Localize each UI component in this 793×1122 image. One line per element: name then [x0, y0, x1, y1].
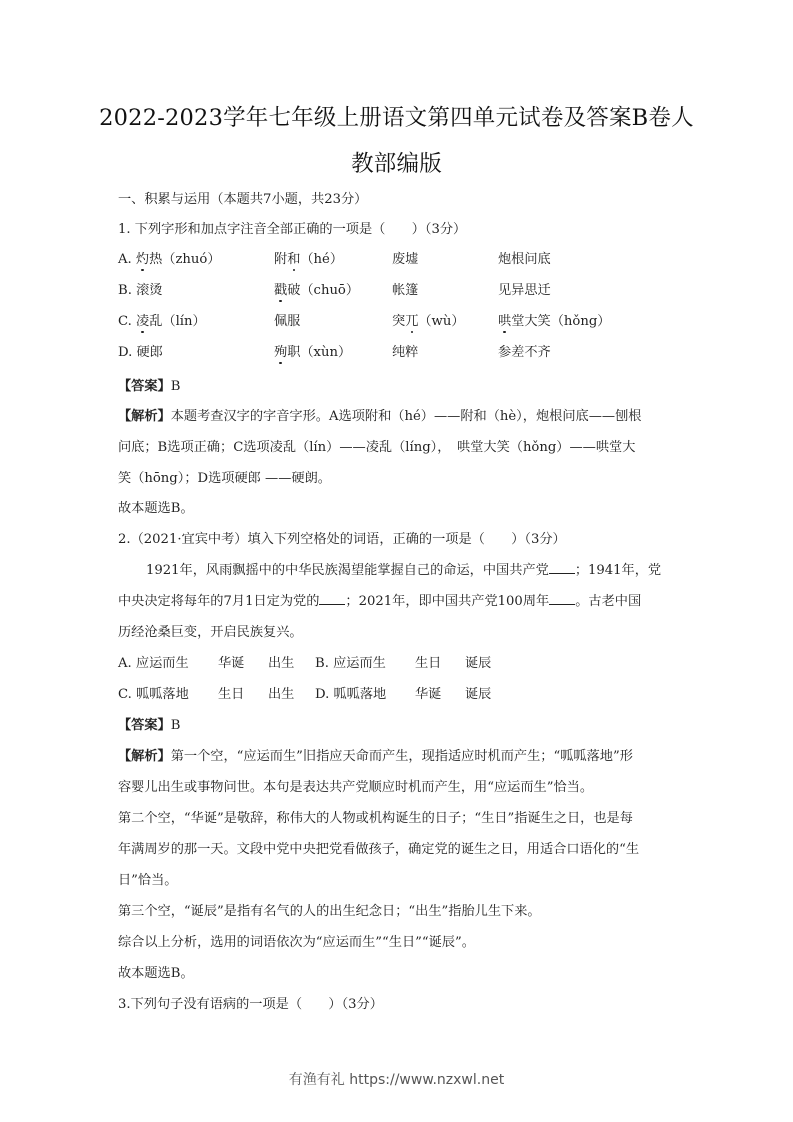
q2-analysis-line1: 【解析】第一个空，“应运而生”旧指应天命而产生，现指适应时机而产生；“呱呱落地”… [118, 745, 633, 764]
q2-answer: 【答案】B [118, 714, 180, 733]
option-label: C. [118, 314, 132, 329]
dotted-char: 殉 [274, 341, 287, 360]
footer-watermark: 有渔有礼 https://www.nzxwl.net [0, 1069, 793, 1089]
dotted-char: 灼 [136, 248, 149, 267]
option-text: 炮根问底 [498, 248, 551, 267]
option-text: 诞辰 [465, 683, 491, 702]
q2-analysis-line3: 第二个空，“华诞”是敬辞，称伟大的人物或机构诞生的日子；“生日”指诞生之日，也是… [118, 807, 633, 826]
option-text: 华诞 [218, 652, 244, 671]
option-label: A. [118, 656, 132, 671]
dotted-char: 哄 [498, 310, 511, 329]
passage-text: 中央决定将每年的7月1日定为党的 [118, 594, 319, 609]
q2-passage-line2: 中央决定将每年的7月1日定为党的；2021年，即中国共产党100周年。古老中国 [118, 590, 641, 609]
q1-stem: 1. 下列字形和加点字注音全部正确的一项是（ ）（3分） [118, 218, 466, 237]
blank [549, 561, 575, 574]
q3-stem: 3.下列句子没有语病的一项是（ ）（3分） [118, 993, 383, 1012]
analysis-text: 本题考查汉字的字音字形。A选项附和（hé）——附和（hè），炮根问底——刨根 [171, 409, 642, 424]
option-text: 附 [274, 252, 287, 267]
option-text: 出生 [268, 652, 294, 671]
analysis-label: 【解析】 [118, 749, 171, 764]
document-title-line1: 2022-2023学年七年级上册语文第四单元试卷及答案B卷人 [0, 100, 793, 132]
q2-stem: 2.（2021·宜宾中考）填入下列空格处的词语，正确的一项是（ ）（3分） [118, 528, 566, 547]
option-text: 帐篷 [392, 279, 418, 298]
section-heading: 一、积累与运用（本题共7小题，共23分） [118, 188, 367, 207]
option-label: D. [315, 687, 329, 702]
option-label: D. [118, 345, 132, 360]
q2-conclusion: 故本题选B。 [118, 962, 194, 981]
dotted-char: 和 [287, 248, 300, 267]
option-text: 职（xùn） [287, 345, 351, 360]
option-text: 生日 [218, 683, 244, 702]
option-text: 废墟 [392, 248, 418, 267]
option-text: 应运而生 [333, 656, 386, 671]
option-text: 华诞 [415, 683, 441, 702]
option-text: 出生 [268, 683, 294, 702]
q2-analysis-line5: 日”恰当。 [118, 869, 178, 888]
option-text: 生日 [415, 652, 441, 671]
q1-conclusion: 故本题选B。 [118, 497, 194, 516]
answer-label: 【答案】 [118, 379, 171, 394]
q2-analysis-line2: 容婴儿出生或事物问世。本句是表达共产党顺应时机而产生，用“应运而生”恰当。 [118, 776, 593, 795]
option-text: 参差不齐 [498, 341, 551, 360]
q1-answer: 【答案】B [118, 375, 180, 394]
option-text: 呱呱落地 [334, 687, 387, 702]
option-text: （hé） [300, 252, 343, 267]
option-text: 乱（lín） [149, 314, 206, 329]
answer-label: 【答案】 [118, 718, 171, 733]
dotted-char: 戳 [274, 279, 287, 298]
option-text: 纯粹 [392, 341, 418, 360]
blank [549, 592, 575, 605]
document-title-line2: 教部编版 [0, 146, 793, 178]
option-text: 见异思迁 [498, 279, 551, 298]
q2-analysis-line4: 年满周岁的那一天。文段中党中央把党看做孩子，确定党的诞生之日，用适合口语化的“生 [118, 838, 639, 857]
dotted-char: 凌 [136, 310, 149, 329]
analysis-text: 第一个空，“应运而生”旧指应天命而产生，现指适应时机而产生；“呱呱落地”形 [171, 749, 633, 764]
option-label: C. [118, 687, 132, 702]
option-text: 破（chuō） [287, 283, 359, 298]
q2-passage-line1: 1921年，风雨飘摇中的中华民族渴望能掌握自己的命运，中国共产党；1941年，党 [146, 559, 661, 578]
q1-analysis-line3: 笑（hōng）；D选项硬郎 ——硬朗。 [118, 467, 331, 486]
answer-value: B [171, 379, 181, 394]
option-text: 硬郎 [137, 345, 163, 360]
analysis-label: 【解析】 [118, 409, 171, 424]
q2-passage-line3: 历经沧桑巨变，开启民族复兴。 [118, 621, 303, 640]
option-text: 佩服 [274, 310, 300, 329]
option-label: B. [315, 656, 329, 671]
option-text: 诞辰 [465, 652, 491, 671]
option-label: B. [118, 283, 132, 298]
dotted-char: 兀 [405, 310, 418, 329]
option-text: 滚烫 [136, 283, 162, 298]
q2-analysis-line7: 综合以上分析，选用的词语依次为“应运而生”“生日”“诞辰”。 [118, 931, 475, 950]
option-text: 呱呱落地 [136, 687, 189, 702]
option-text: （wù） [418, 314, 464, 329]
passage-text: 1921年，风雨飘摇中的中华民族渴望能掌握自己的命运，中国共产党 [146, 563, 549, 578]
option-text: 热（zhuó） [149, 252, 220, 267]
passage-text: ；2021年，即中国共产党100周年 [345, 594, 549, 609]
passage-text: 。古老中国 [575, 594, 641, 609]
q1-analysis-line1: 【解析】本题考查汉字的字音字形。A选项附和（hé）——附和（hè），炮根问底——… [118, 405, 641, 424]
blank [319, 592, 345, 605]
answer-value: B [171, 718, 181, 733]
option-text: 应运而生 [136, 656, 189, 671]
passage-text: ；1941年，党 [575, 563, 661, 578]
q1-analysis-line2: 问底；B选项正确；C选项凌乱（lín）——凌乱（líng）， 哄堂大笑（hǒng… [118, 436, 635, 455]
option-text: 堂大笑（hǒng） [511, 314, 610, 329]
q2-analysis-line6: 第三个空，“诞辰”是指有名气的人的出生纪念日；“出生”指胎儿生下来。 [118, 900, 541, 919]
option-label: A. [118, 252, 132, 267]
option-text: 突 [392, 314, 405, 329]
